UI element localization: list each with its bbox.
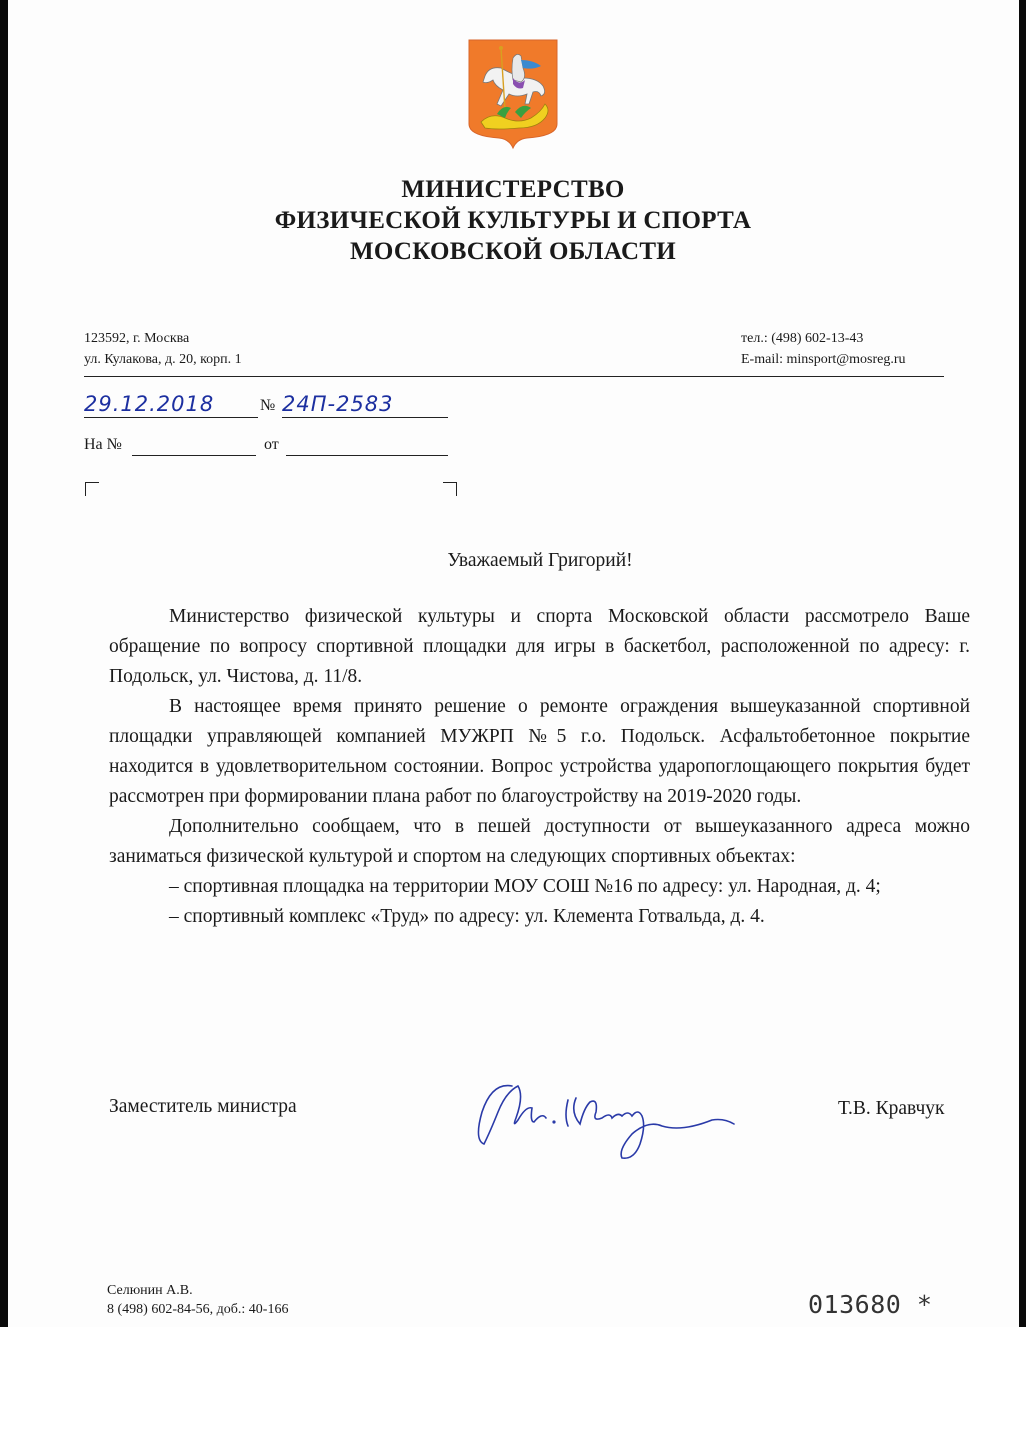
ministry-line-2: ФИЗИЧЕСКОЙ КУЛЬТУРЫ И СПОРТА	[0, 205, 1026, 236]
list-item-1: – спортивная площадка на территории МОУ …	[109, 872, 970, 902]
executor-name: Селюнин А.В.	[107, 1281, 288, 1300]
list-item-2: – спортивный комплекс «Труд» по адресу: …	[109, 902, 970, 932]
email: E-mail: minsport@mosreg.ru	[741, 349, 906, 370]
paragraph-2: В настоящее время принято решение о ремо…	[109, 692, 970, 812]
reply-date-blank	[286, 455, 448, 456]
paragraph-3: Дополнительно сообщаем, что в пешей дост…	[109, 812, 970, 872]
ministry-line-1: МИНИСТЕРСТВО	[0, 174, 1026, 205]
serial-number: 013680 *	[808, 1290, 932, 1319]
signatory-title: Заместитель министра	[109, 1096, 297, 1118]
letter-body: Министерство физической культуры и спорт…	[109, 602, 970, 932]
address-line-1: 123592, г. Москва	[84, 328, 242, 349]
signatory-name: Т.В. Кравчук	[838, 1098, 945, 1120]
reply-to-label: На №	[84, 436, 122, 454]
reply-reference-line: На № от	[84, 436, 448, 460]
number-underline	[282, 417, 448, 418]
from-label: от	[264, 436, 279, 454]
registration-number: 24П-2583	[282, 392, 394, 416]
executor-phone: 8 (498) 602-84-56, доб.: 40-166	[107, 1300, 288, 1319]
paragraph-1: Министерство физической культуры и спорт…	[109, 602, 970, 692]
address-line-2: ул. Кулакова, д. 20, корп. 1	[84, 349, 242, 370]
executor-info: Селюнин А.В. 8 (498) 602-84-56, доб.: 40…	[107, 1281, 288, 1319]
number-label: №	[260, 397, 275, 415]
handwritten-signature-icon	[472, 1072, 752, 1172]
reply-number-blank	[132, 455, 256, 456]
address-block-corner-right	[443, 482, 457, 496]
ministry-line-3: МОСКОВСКОЙ ОБЛАСТИ	[0, 236, 1026, 267]
phone: тел.: (498) 602-13-43	[741, 328, 906, 349]
ministry-address: 123592, г. Москва ул. Кулакова, д. 20, к…	[84, 328, 242, 370]
greeting: Уважаемый Григорий!	[0, 550, 1026, 572]
header-divider	[84, 376, 944, 377]
ministry-contacts: тел.: (498) 602-13-43 E-mail: minsport@m…	[741, 328, 906, 370]
coat-of-arms-icon	[467, 38, 559, 150]
registration-line: 29.12.2018 № 24П-2583	[84, 392, 448, 418]
date-underline	[84, 417, 258, 418]
registration-date: 29.12.2018	[84, 392, 214, 416]
ministry-name: МИНИСТЕРСТВО ФИЗИЧЕСКОЙ КУЛЬТУРЫ И СПОРТ…	[0, 174, 1026, 267]
address-block-corner-left	[85, 482, 99, 496]
